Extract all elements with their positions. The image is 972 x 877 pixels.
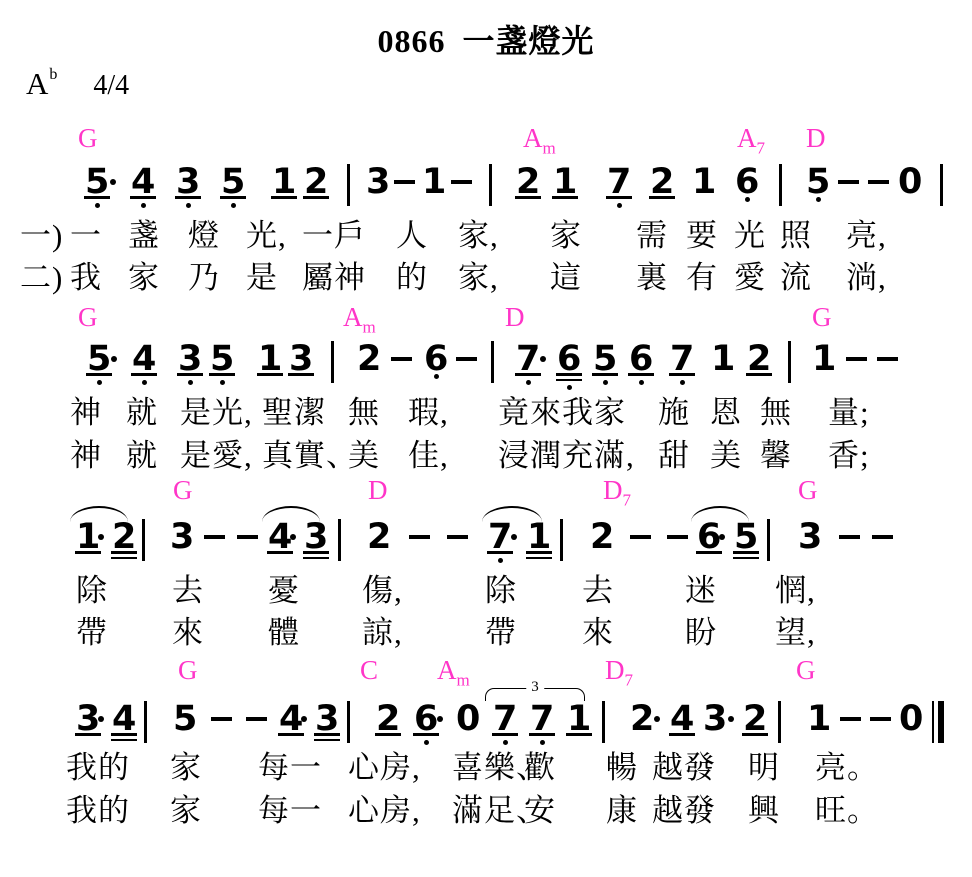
dotted-note-dot <box>437 716 443 722</box>
barline <box>338 519 341 561</box>
low-octave-dot <box>639 380 644 385</box>
low-octave-dot <box>526 380 531 385</box>
lyric-token: 去 <box>172 574 204 608</box>
lyric-token: 這 <box>550 261 582 295</box>
note-digit: 1 <box>567 701 591 737</box>
lyric-token: 安 <box>524 794 556 828</box>
barline <box>489 164 492 206</box>
note-digit: 4 <box>112 701 136 737</box>
lyric-token: 是愛, <box>180 439 253 473</box>
score-area: GAmA7D5435123121721650一)一盞燈光,一戶人家,家需要光照亮… <box>0 0 972 877</box>
lyric-token: 有 <box>686 261 718 295</box>
lyric-token: 屬神 <box>302 261 366 295</box>
duration-dash <box>204 535 225 539</box>
chord-quality: 7 <box>625 670 634 689</box>
note-digit: 0 <box>456 701 480 737</box>
lyric-token: 一戶 <box>302 219 366 253</box>
barline <box>767 519 770 561</box>
barline <box>788 341 791 383</box>
barline <box>142 519 145 561</box>
note-digit: 3 <box>76 701 100 737</box>
lyric-token: 恩 <box>710 396 742 430</box>
lyric-token: 一 <box>70 219 102 253</box>
duration-dash <box>391 357 412 361</box>
chord-label: D7 <box>605 657 633 684</box>
lyric-token: 乃 <box>188 261 220 295</box>
lyric-token: 光, <box>246 219 287 253</box>
lyric-token: 去 <box>582 574 614 608</box>
note-digit: 2 <box>112 519 136 555</box>
duration-dash <box>667 535 688 539</box>
lyric-token: 美 <box>348 439 380 473</box>
lyric-token: 愛 <box>734 261 766 295</box>
note-digit: 1 <box>711 341 735 377</box>
note-digit: 3 <box>178 341 202 377</box>
note-digit: 5 <box>210 341 234 377</box>
chord-quality: m <box>457 670 470 689</box>
lyric-token: 我的 <box>66 794 130 828</box>
lyric-token: 心房, <box>348 751 421 785</box>
note-digit: 6 <box>424 341 448 377</box>
note-digit: 4 <box>268 519 292 555</box>
low-octave-dot <box>424 740 429 745</box>
dotted-note-dot <box>111 356 117 362</box>
low-octave-dot <box>617 203 622 208</box>
chord-label: D <box>806 125 826 152</box>
duration-dash <box>877 357 898 361</box>
lyric-token: 聖潔 <box>262 396 326 430</box>
note-digit: 2 <box>357 341 381 377</box>
lyric-token: 每一 <box>258 794 322 828</box>
dotted-note-dot <box>511 534 517 540</box>
note-digit: 3 <box>304 519 328 555</box>
duration-dash <box>838 180 859 184</box>
note-digit: 0 <box>899 701 923 737</box>
lyric-token: 浸潤充滿, <box>498 439 635 473</box>
barline <box>491 341 494 383</box>
chord-label: G <box>798 477 818 504</box>
dotted-note-dot <box>110 179 116 185</box>
note-digit: 1 <box>76 519 100 555</box>
dotted-note-dot <box>290 534 296 540</box>
low-octave-dot <box>498 558 503 563</box>
lyric-token: 家, <box>458 261 499 295</box>
note-digit: 6 <box>414 701 438 737</box>
low-octave-dot <box>186 203 191 208</box>
lyric-token: 盼 <box>685 616 717 650</box>
lyric-token: 一) <box>20 219 63 253</box>
low-octave-dot <box>188 380 193 385</box>
duration-dash <box>868 180 889 184</box>
lyric-token: 家, <box>458 219 499 253</box>
lyric-token: 來 <box>172 616 204 650</box>
note-digit: 1 <box>527 519 551 555</box>
note-digit: 1 <box>692 164 716 200</box>
dotted-note-dot <box>654 716 660 722</box>
triplet-label: 3 <box>526 680 544 695</box>
note-digit: 7 <box>670 341 694 377</box>
low-octave-dot <box>680 380 685 385</box>
note-digit: 4 <box>132 341 156 377</box>
lyric-token: 燈 <box>188 219 220 253</box>
note-digit: 6 <box>557 341 581 377</box>
note-digit: 3 <box>170 519 194 555</box>
lyric-token: 香; <box>828 439 870 473</box>
lyric-token: 我 <box>70 261 102 295</box>
lyric-token: 康 <box>606 794 638 828</box>
chord-label: Am <box>437 657 470 684</box>
lyric-token: 我的 <box>66 751 130 785</box>
lyric-token: 施 <box>658 396 690 430</box>
chord-quality: 7 <box>623 490 632 509</box>
lyric-token: 竟來我家 <box>498 396 626 430</box>
note-digit: 7 <box>530 701 554 737</box>
lyric-token: 家 <box>170 751 202 785</box>
duration-dash <box>846 357 867 361</box>
chord-label: G <box>812 304 832 331</box>
lyric-token: 諒, <box>362 616 403 650</box>
lyric-token: 無 <box>348 396 380 430</box>
dotted-note-dot <box>98 716 104 722</box>
low-octave-dot <box>816 197 821 202</box>
duration-dash <box>211 717 232 721</box>
lyric-token: 照 <box>780 219 812 253</box>
note-digit: 0 <box>898 164 922 200</box>
duration-dash <box>237 535 258 539</box>
lyric-token: 心房, <box>348 794 421 828</box>
note-digit: 2 <box>516 164 540 200</box>
chord-label: G <box>796 657 816 684</box>
dotted-note-dot <box>540 356 546 362</box>
chord-label: Am <box>343 304 376 331</box>
sheet-music-page: 0866 一盞燈光 Ab4/4 GAmA7D5435123121721650一)… <box>0 0 972 877</box>
barline <box>347 164 350 206</box>
lyric-token: 光 <box>734 219 766 253</box>
note-digit: 3 <box>703 701 727 737</box>
low-octave-dot <box>745 197 750 202</box>
note-digit: 3 <box>315 701 339 737</box>
note-digit: 4 <box>279 701 303 737</box>
triplet-bracket: 3 <box>485 688 585 701</box>
note-digit: 2 <box>367 519 391 555</box>
lyric-token: 家 <box>128 261 160 295</box>
note-digit: 4 <box>670 701 694 737</box>
lyric-token: 越發 <box>652 751 716 785</box>
lyric-token: 就 <box>126 396 158 430</box>
note-digit: 5 <box>806 164 830 200</box>
lyric-token: 帶 <box>485 616 517 650</box>
lyric-token: 流 <box>780 261 812 295</box>
low-octave-dot <box>434 374 439 379</box>
chord-quality: m <box>363 317 376 336</box>
lyric-token: 亮。 <box>815 751 879 785</box>
barline <box>602 701 605 743</box>
note-digit: 3 <box>176 164 200 200</box>
slur-arc <box>262 506 320 522</box>
note-digit: 2 <box>590 519 614 555</box>
lyric-token: 神 <box>70 439 102 473</box>
lyric-token: 歡 <box>524 751 556 785</box>
chord-label: D <box>505 304 525 331</box>
note-digit: 5 <box>221 164 245 200</box>
low-octave-dot <box>220 380 225 385</box>
duration-dash <box>394 180 415 184</box>
chord-label: G <box>78 125 98 152</box>
note-digit: 2 <box>747 341 771 377</box>
lyric-token: 望, <box>775 616 816 650</box>
barline <box>778 701 781 743</box>
low-octave-dot <box>141 203 146 208</box>
duration-dash <box>456 357 477 361</box>
note-digit: 1 <box>812 341 836 377</box>
barline <box>144 701 147 743</box>
barline <box>560 519 563 561</box>
note-digit: 7 <box>516 341 540 377</box>
note-digit: 2 <box>743 701 767 737</box>
note-digit: 5 <box>87 341 111 377</box>
lyric-token: 淌, <box>846 261 887 295</box>
chord-label: Am <box>523 125 556 152</box>
duration-dash <box>630 535 651 539</box>
chord-label: G <box>178 657 198 684</box>
note-digit: 3 <box>289 341 313 377</box>
lyric-token: 人 <box>396 219 428 253</box>
note-digit: 3 <box>798 519 822 555</box>
lyric-token: 亮, <box>846 219 887 253</box>
lyric-token: 惘, <box>775 574 816 608</box>
duration-dash <box>872 535 893 539</box>
note-digit: 2 <box>630 701 654 737</box>
lyric-token: 佳, <box>408 439 449 473</box>
chord-label: C <box>360 657 378 684</box>
low-octave-dot <box>95 203 100 208</box>
note-digit: 5 <box>173 701 197 737</box>
barline <box>331 341 334 383</box>
duration-dash <box>840 717 861 721</box>
lyric-token: 帶 <box>76 616 108 650</box>
final-barline <box>932 701 944 743</box>
duration-dash <box>447 535 468 539</box>
lyric-token: 越發 <box>652 794 716 828</box>
chord-quality: m <box>543 138 556 157</box>
lyric-token: 除 <box>76 574 108 608</box>
dotted-note-dot <box>301 716 307 722</box>
lyric-token: 家 <box>170 794 202 828</box>
lyric-token: 量; <box>828 396 870 430</box>
duration-dash <box>451 180 472 184</box>
lyric-token: 體 <box>268 616 300 650</box>
note-digit: 1 <box>422 164 446 200</box>
lyric-token: 來 <box>582 616 614 650</box>
note-digit: 7 <box>607 164 631 200</box>
chord-label: G <box>173 477 193 504</box>
lyric-token: 暢 <box>606 751 638 785</box>
duration-dash <box>409 535 430 539</box>
barline <box>347 701 350 743</box>
slur-arc <box>70 506 128 522</box>
lyric-token: 除 <box>485 574 517 608</box>
note-digit: 5 <box>593 341 617 377</box>
note-digit: 1 <box>258 341 282 377</box>
lyric-token: 的 <box>396 261 428 295</box>
lyric-token: 家 <box>550 219 582 253</box>
duration-dash <box>870 717 891 721</box>
lyric-token: 憂 <box>268 574 300 608</box>
dotted-note-dot <box>719 534 725 540</box>
note-digit: 7 <box>488 519 512 555</box>
low-octave-dot <box>97 380 102 385</box>
duration-dash <box>839 535 860 539</box>
lyric-token: 明 <box>748 751 780 785</box>
lyric-token: 就 <box>126 439 158 473</box>
lyric-token: 神 <box>70 396 102 430</box>
lyric-token: 無 <box>760 396 792 430</box>
chord-quality: 7 <box>757 138 766 157</box>
lyric-token: 真實、 <box>262 439 358 473</box>
low-octave-dot <box>142 380 147 385</box>
note-digit: 2 <box>650 164 674 200</box>
duration-dash <box>246 717 267 721</box>
low-octave-dot <box>231 203 236 208</box>
note-digit: 1 <box>272 164 296 200</box>
lyric-token: 是 <box>246 261 278 295</box>
lyric-token: 旺。 <box>815 794 879 828</box>
note-digit: 4 <box>131 164 155 200</box>
lyric-token: 是光, <box>180 396 253 430</box>
note-digit: 5 <box>85 164 109 200</box>
note-digit: 1 <box>807 701 831 737</box>
note-digit: 6 <box>697 519 721 555</box>
dotted-note-dot <box>728 716 734 722</box>
note-digit: 2 <box>376 701 400 737</box>
note-digit: 7 <box>493 701 517 737</box>
note-digit: 3 <box>366 164 390 200</box>
lyric-token: 馨 <box>760 439 792 473</box>
note-digit: 5 <box>734 519 758 555</box>
lyric-token: 甜 <box>658 439 690 473</box>
note-digit: 2 <box>304 164 328 200</box>
slur-arc <box>691 506 749 522</box>
lyric-token: 二) <box>20 261 63 295</box>
lyric-token: 裏 <box>636 261 668 295</box>
note-digit: 6 <box>735 164 759 200</box>
lyric-token: 需 <box>636 219 668 253</box>
lyric-token: 瑕, <box>408 396 449 430</box>
note-digit: 1 <box>553 164 577 200</box>
slur-arc <box>482 506 542 522</box>
dotted-note-dot <box>98 534 104 540</box>
chord-label: G <box>78 304 98 331</box>
lyric-token: 迷 <box>685 574 717 608</box>
chord-label: A7 <box>737 125 765 152</box>
note-digit: 6 <box>629 341 653 377</box>
lyric-token: 要 <box>686 219 718 253</box>
barline <box>940 164 943 206</box>
chord-label: D7 <box>603 477 631 504</box>
lyric-token: 美 <box>710 439 742 473</box>
low-octave-dot <box>503 740 508 745</box>
low-octave-dot <box>540 740 545 745</box>
lyric-token: 傷, <box>362 574 403 608</box>
lyric-token: 每一 <box>258 751 322 785</box>
chord-label: D <box>368 477 388 504</box>
barline <box>779 164 782 206</box>
low-octave-dot <box>603 380 608 385</box>
low-octave-dot <box>567 385 572 390</box>
lyric-token: 興 <box>748 794 780 828</box>
lyric-token: 盞 <box>128 219 160 253</box>
